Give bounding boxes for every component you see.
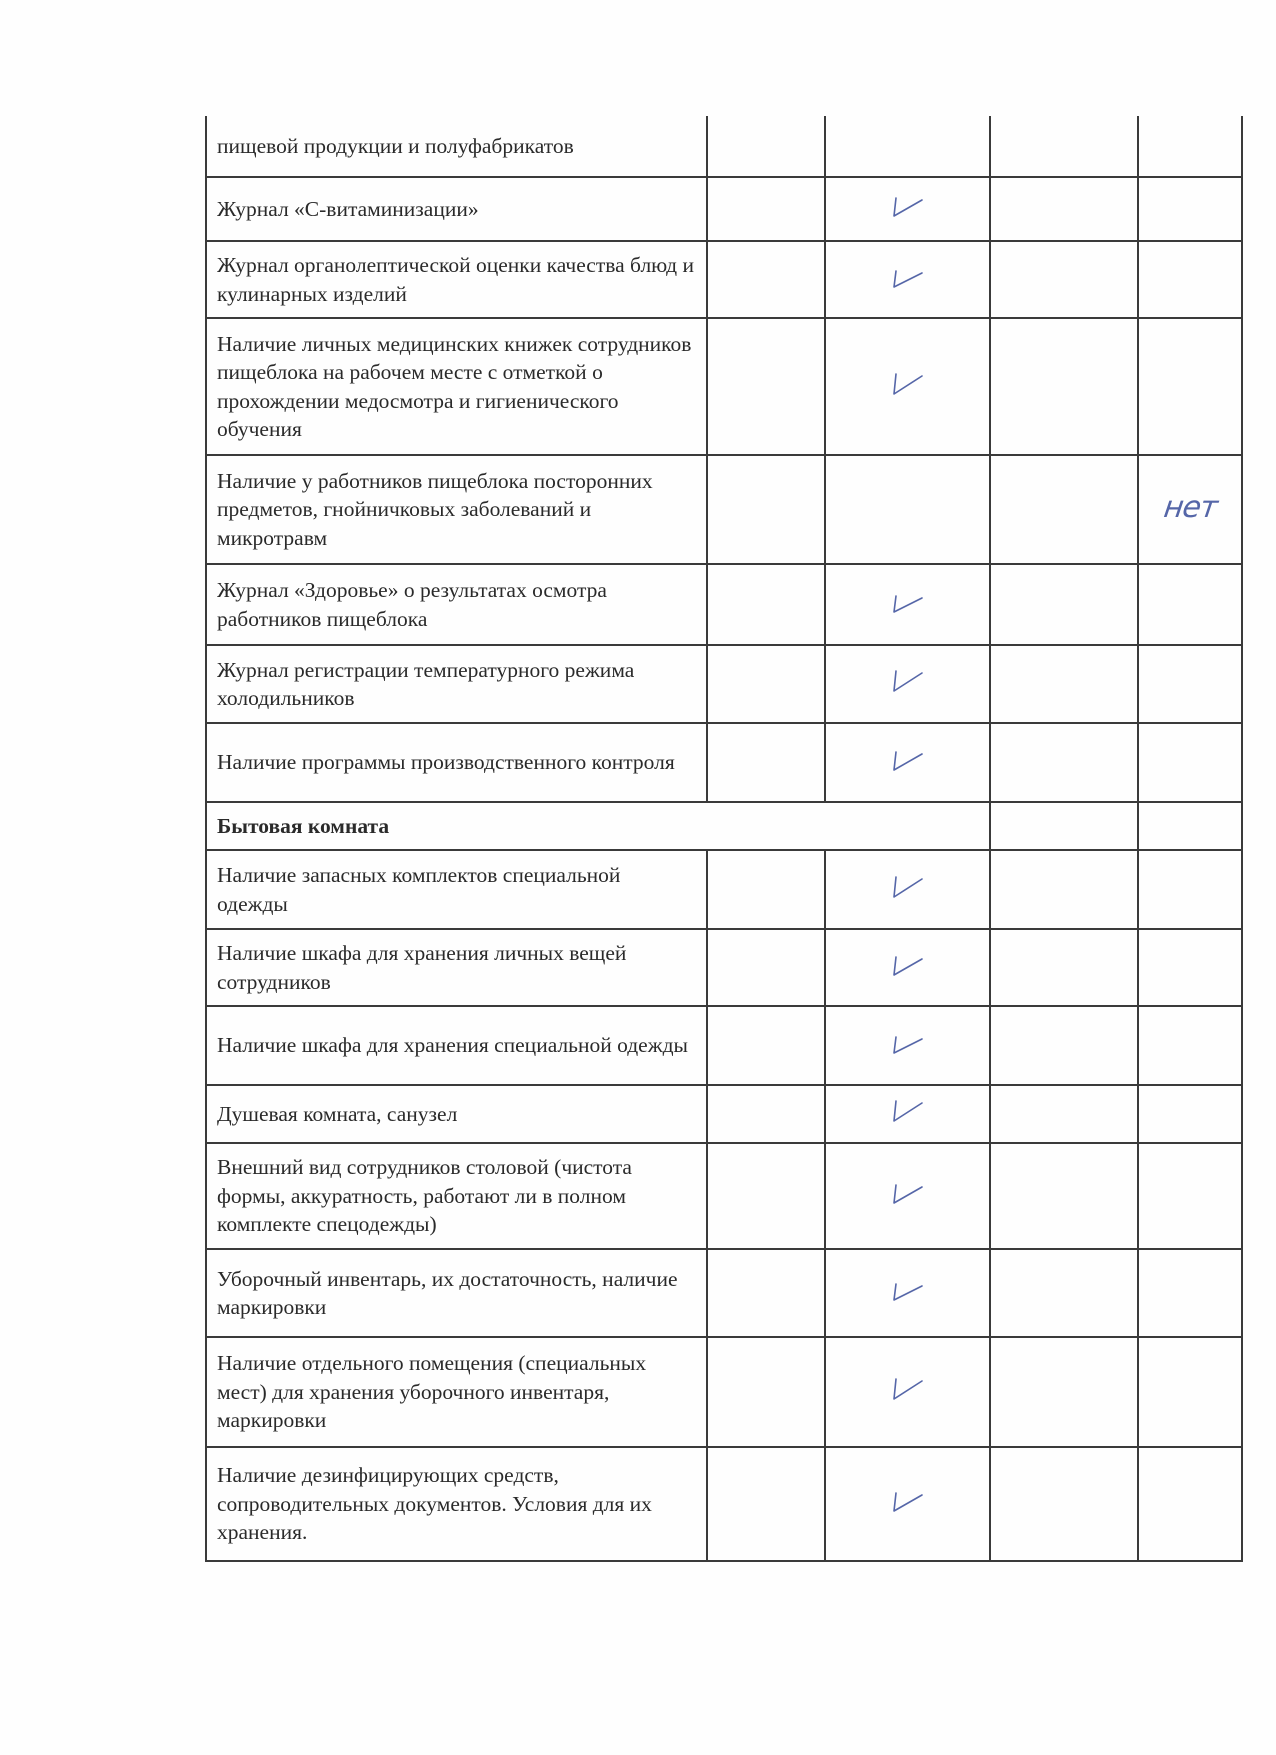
handwritten-check-icon [888,1274,928,1304]
cell-col-3 [990,564,1138,645]
cell-col-4 [1138,723,1242,802]
cell-col-1 [707,1447,825,1561]
cell-col-2 [825,318,990,455]
handwritten-check-icon [888,1027,928,1057]
cell-col-4 [1138,241,1242,318]
cell-col-1 [707,1249,825,1337]
cell-col-1 [707,1085,825,1143]
cell-col-1 [707,929,825,1006]
handwritten-check-icon [888,665,928,695]
cell-col-3 [990,116,1138,177]
cell-col-4 [1138,1447,1242,1561]
table-row: Наличие дезинфицирующих средств, сопрово… [206,1447,1242,1561]
item-description: Наличие отдельного помещения (специальны… [206,1337,707,1447]
cell-col-3 [990,1006,1138,1085]
cell-col-3 [990,802,1138,850]
cell-col-3 [990,1085,1138,1143]
cell-col-2 [825,1085,990,1143]
table-row: Наличие программы производственного конт… [206,723,1242,802]
handwritten-check-icon [888,949,928,979]
cell-col-1 [707,850,825,929]
cell-col-1 [707,645,825,723]
cell-col-4 [1138,1085,1242,1143]
section-header-row: Бытовая комната [206,802,1242,850]
cell-col-4 [1138,318,1242,455]
table-row: Наличие шкафа для хранения специальной о… [206,1006,1242,1085]
cell-col-3 [990,1143,1138,1249]
handwritten-check-icon [888,368,928,398]
cell-col-1 [707,1337,825,1447]
cell-col-1 [707,116,825,177]
cell-col-2 [825,1143,990,1249]
handwritten-check-icon [888,1373,928,1403]
cell-col-1 [707,723,825,802]
cell-col-3 [990,1249,1138,1337]
handwritten-check-icon [888,1485,928,1515]
cell-col-4 [1138,802,1242,850]
cell-col-2 [825,177,990,241]
cell-col-4 [1138,1249,1242,1337]
cell-col-1 [707,455,825,564]
handwritten-check-icon [888,261,928,291]
cell-col-3 [990,1447,1138,1561]
table-row: пищевой продукции и полуфабрикатов [206,116,1242,177]
cell-col-4 [1138,850,1242,929]
cell-col-3 [990,850,1138,929]
handwritten-check-icon [888,744,928,774]
cell-col-2 [825,1006,990,1085]
cell-col-2 [825,564,990,645]
cell-col-1 [707,318,825,455]
cell-col-2 [825,116,990,177]
table-row: Наличие личных медицинских книжек сотруд… [206,318,1242,455]
cell-col-4 [1138,1143,1242,1249]
cell-col-2 [825,1337,990,1447]
table-row: Душевая комната, санузел [206,1085,1242,1143]
table-row: Наличие у работников пищеблока посторонн… [206,455,1242,564]
table-row: Журнал «Здоровье» о результатах осмотра … [206,564,1242,645]
cell-col-3 [990,177,1138,241]
handwritten-check-icon [888,871,928,901]
table-row: Внешний вид сотрудников столовой (чистот… [206,1143,1242,1249]
cell-col-3 [990,1337,1138,1447]
item-description: Наличие дезинфицирующих средств, сопрово… [206,1447,707,1561]
cell-col-4 [1138,116,1242,177]
section-title: Бытовая комната [206,802,990,850]
cell-col-4 [1138,929,1242,1006]
cell-col-2 [825,723,990,802]
item-description: пищевой продукции и полуфабрикатов [206,116,707,177]
item-description: Наличие программы производственного конт… [206,723,707,802]
cell-col-3 [990,241,1138,318]
cell-col-4 [1138,177,1242,241]
table-row: Журнал регистрации температурного режима… [206,645,1242,723]
cell-col-3 [990,318,1138,455]
item-description: Журнал регистрации температурного режима… [206,645,707,723]
table-row: Уборочный инвентарь, их достаточность, н… [206,1249,1242,1337]
cell-col-1 [707,241,825,318]
cell-col-3 [990,723,1138,802]
checklist-rows: пищевой продукции и полуфабрикатов Журна… [206,116,1242,1561]
table-row: Журнал органолептической оценки качества… [206,241,1242,318]
cell-col-3 [990,645,1138,723]
handwritten-answer: нет [1162,494,1219,523]
scanned-page: пищевой продукции и полуфабрикатов Журна… [0,0,1276,1755]
cell-col-3 [990,455,1138,564]
cell-col-3 [990,929,1138,1006]
handwritten-check-icon [888,1095,928,1125]
cell-col-2 [825,645,990,723]
cell-col-1 [707,177,825,241]
cell-col-1 [707,1006,825,1085]
item-description: Наличие запасных комплектов специальной … [206,850,707,929]
inspection-checklist-table: пищевой продукции и полуфабрикатов Журна… [205,116,1243,1562]
cell-col-4 [1138,1337,1242,1447]
item-description: Наличие личных медицинских книжек сотруд… [206,318,707,455]
cell-col-1 [707,564,825,645]
table-row: Журнал «С-витаминизации» [206,177,1242,241]
table-row: Наличие отдельного помещения (специальны… [206,1337,1242,1447]
item-description: Душевая комната, санузел [206,1085,707,1143]
cell-col-1 [707,1143,825,1249]
cell-col-4 [1138,1006,1242,1085]
cell-col-4 [1138,645,1242,723]
item-description: Журнал «С-витаминизации» [206,177,707,241]
item-description: Наличие шкафа для хранения личных вещей … [206,929,707,1006]
handwritten-check-icon [888,1177,928,1207]
cell-col-4 [1138,564,1242,645]
item-description: Внешний вид сотрудников столовой (чистот… [206,1143,707,1249]
item-description: Журнал органолептической оценки качества… [206,241,707,318]
table-row: Наличие шкафа для хранения личных вещей … [206,929,1242,1006]
cell-col-2 [825,455,990,564]
cell-col-2 [825,929,990,1006]
cell-col-2 [825,850,990,929]
cell-col-2 [825,1249,990,1337]
item-description: Наличие у работников пищеблока посторонн… [206,455,707,564]
cell-col-4: нет [1138,455,1242,564]
item-description: Журнал «Здоровье» о результатах осмотра … [206,564,707,645]
handwritten-check-icon [888,190,928,220]
handwritten-check-icon [888,586,928,616]
cell-col-2 [825,1447,990,1561]
item-description: Уборочный инвентарь, их достаточность, н… [206,1249,707,1337]
table-row: Наличие запасных комплектов специальной … [206,850,1242,929]
cell-col-2 [825,241,990,318]
item-description: Наличие шкафа для хранения специальной о… [206,1006,707,1085]
